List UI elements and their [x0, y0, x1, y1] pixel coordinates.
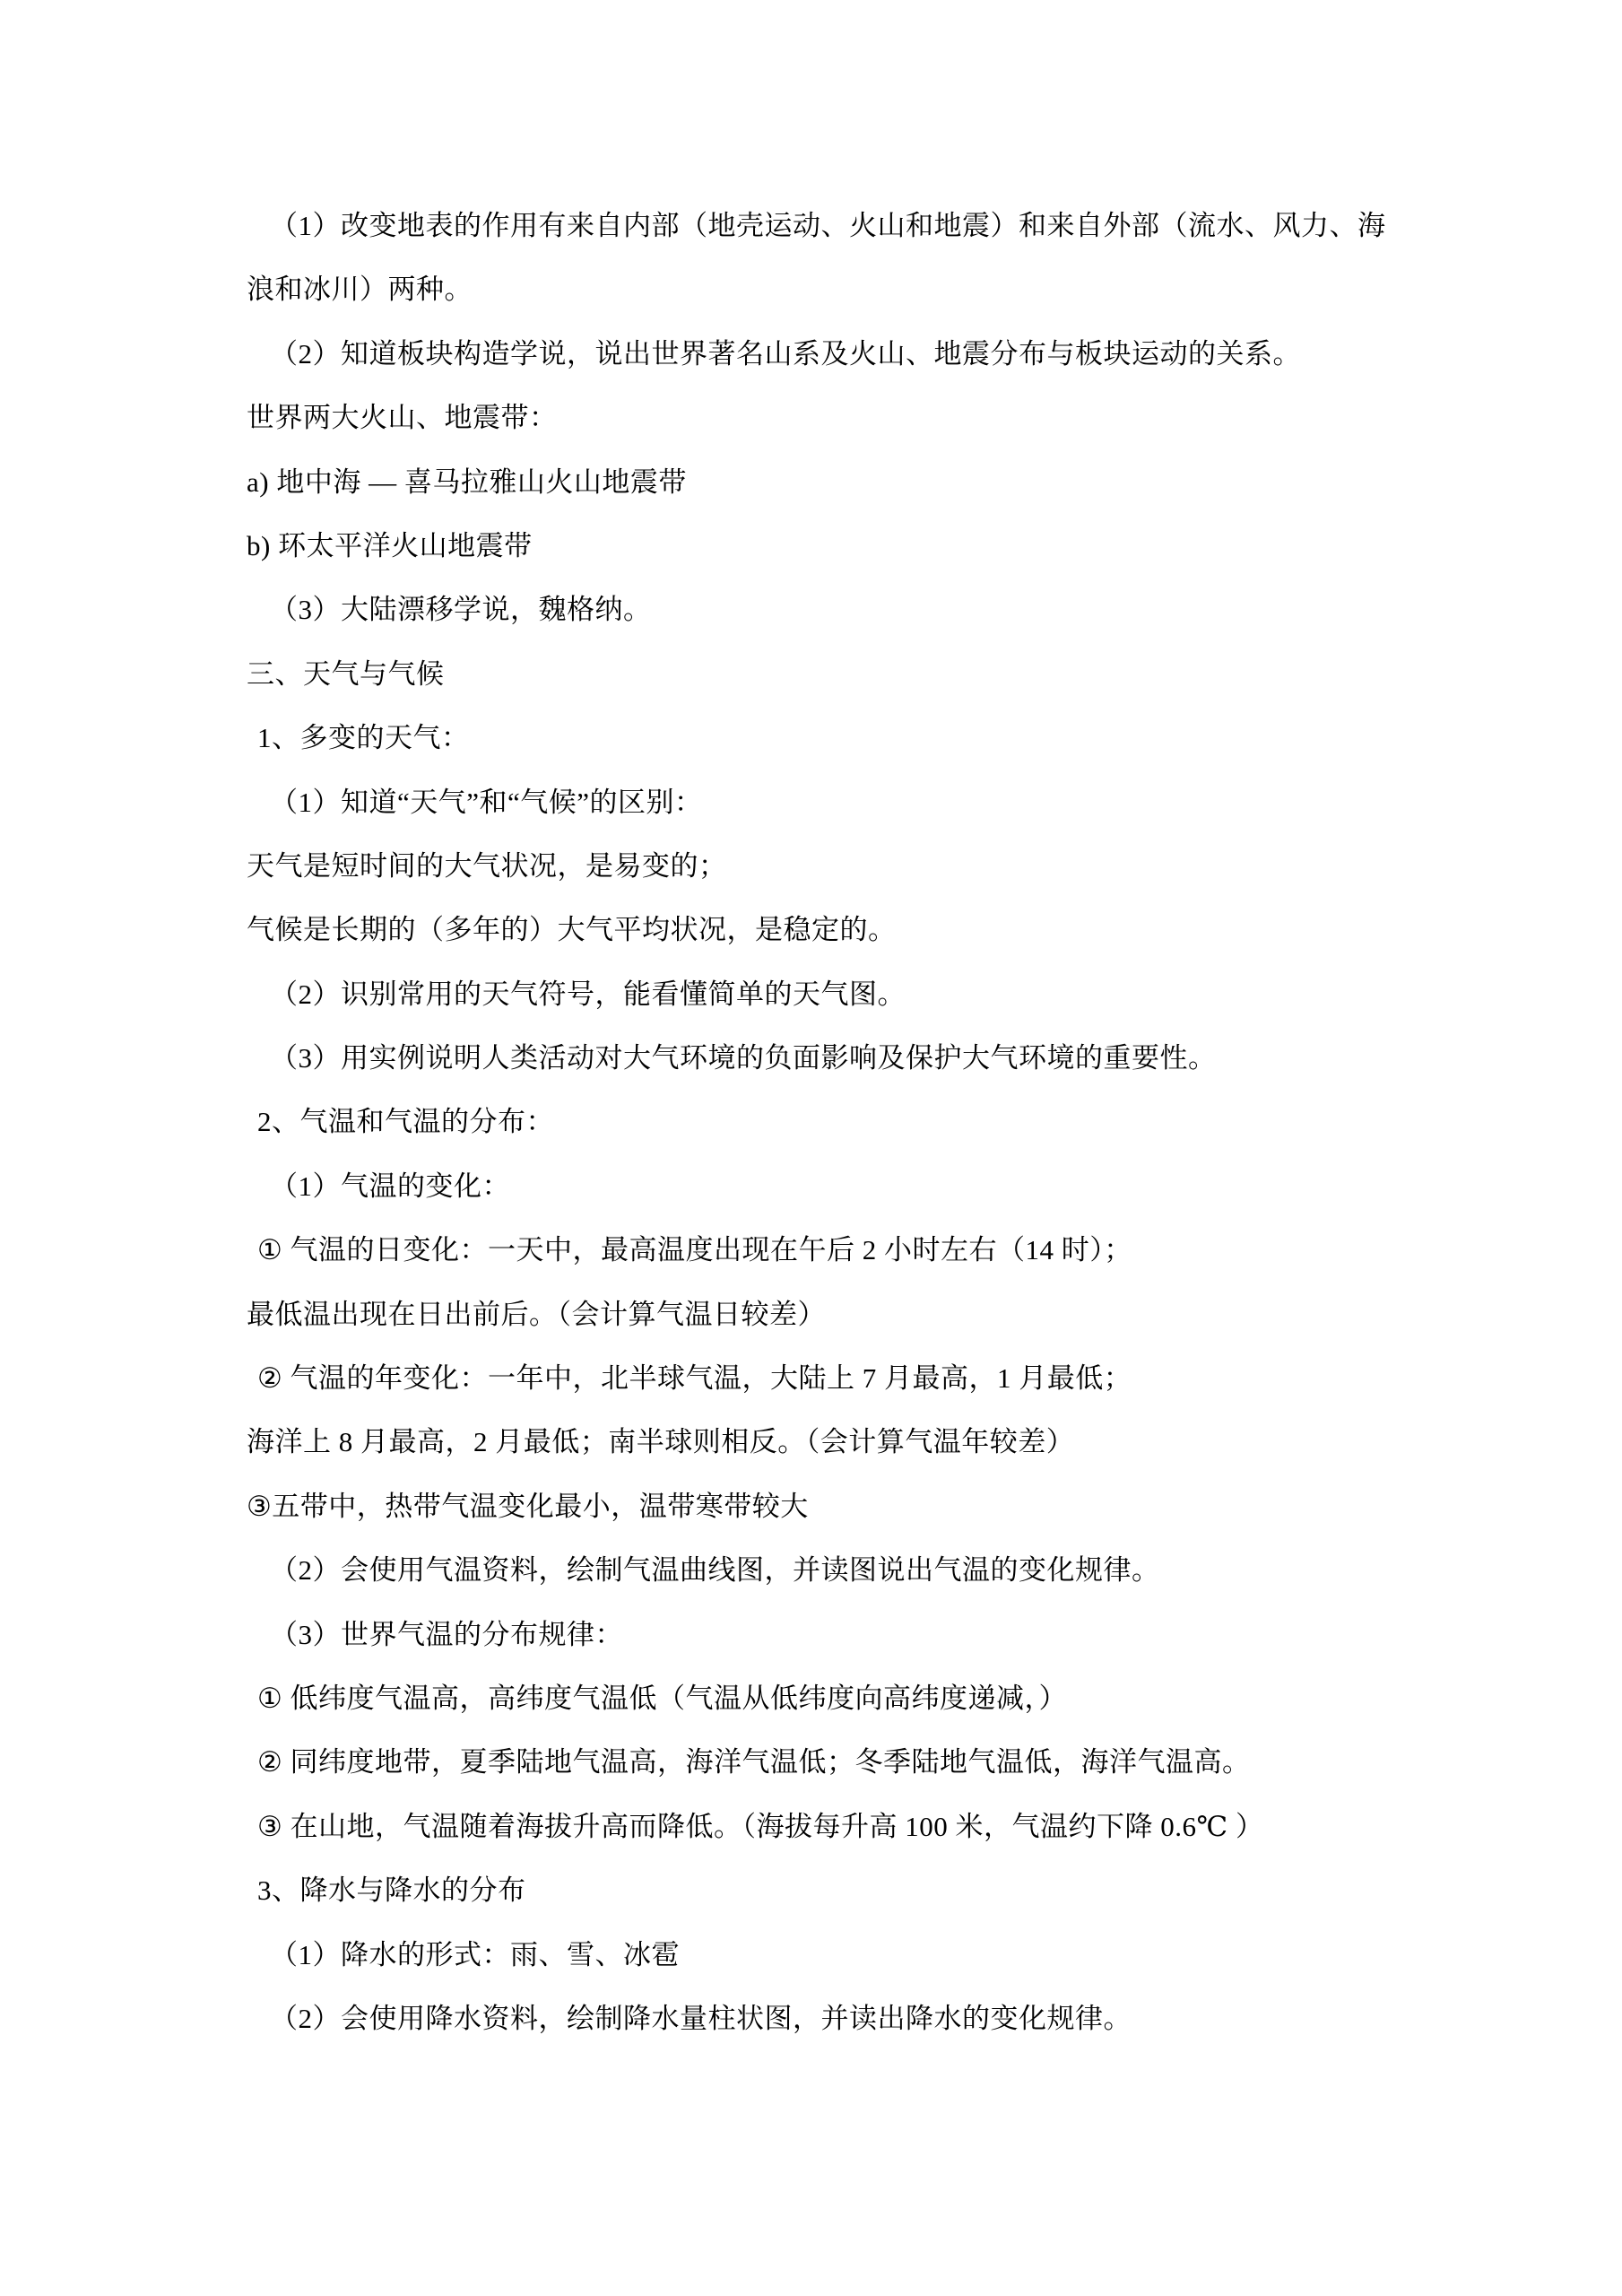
text-line: （1）知道“天气”和“气候”的区别： [270, 770, 1402, 834]
text-line: 三、天气与气候 [247, 642, 1402, 706]
text-line: 世界两大火山、地震带： [247, 386, 1402, 449]
text-line: ③五带中，热带气温变化最小，温带寒带较大 [247, 1474, 1402, 1538]
text-line: （3）世界气温的分布规律： [270, 1603, 1402, 1666]
text-line: （1）降水的形式：雨、雪、冰雹 [270, 1923, 1402, 1987]
text-line: 1、多变的天气： [257, 706, 1402, 770]
text-line: a) 地中海 — 喜马拉雅山火山地震带 [247, 450, 1402, 514]
text-line: 2、气温和气温的分布： [257, 1090, 1402, 1153]
text-line: ② 同纬度地带，夏季陆地气温高，海洋气温低；冬季陆地气温低，海洋气温高。 [257, 1730, 1402, 1794]
text-line: ② 气温的年变化：一年中，北半球气温，大陆上 7 月最高，1 月最低； [257, 1346, 1402, 1410]
text-line: （2）会使用气温资料，绘制气温曲线图，并读图说出气温的变化规律。 [270, 1538, 1402, 1602]
text-line: 天气是短时间的大气状况，是易变的； [247, 834, 1402, 898]
text-line: （3）大陆漂移学说，魏格纳。 [270, 578, 1402, 641]
text-line: 浪和冰川）两种。 [247, 257, 1402, 321]
text-line: ③ 在山地，气温随着海拔升高而降低。（海拔每升高 100 米，气温约下降 0.6… [257, 1795, 1402, 1858]
text-line: （2）知道板块构造学说，说出世界著名山系及火山、地震分布与板块运动的关系。 [270, 322, 1402, 386]
text-line: 海洋上 8 月最高，2 月最低；南半球则相反。（会计算气温年较差） [247, 1410, 1402, 1474]
text-line: （1）气温的变化： [270, 1154, 1402, 1218]
text-line: 气候是长期的（多年的）大气平均状况，是稳定的。 [247, 898, 1402, 961]
document-page: （1）改变地表的作用有来自内部（地壳运动、火山和地震）和来自外部（流水、风力、海… [0, 0, 1622, 2296]
text-line: （2）会使用降水资料，绘制降水量柱状图，并读出降水的变化规律。 [270, 1987, 1402, 2050]
text-line: ① 气温的日变化：一天中，最高温度出现在午后 2 小时左右（14 时）； [257, 1218, 1402, 1282]
text-line: （1）改变地表的作用有来自内部（地壳运动、火山和地震）和来自外部（流水、风力、海 [270, 194, 1402, 257]
text-line: 最低温出现在日出前后。（会计算气温日较差） [247, 1283, 1402, 1346]
text-line: 3、降水与降水的分布 [257, 1858, 1402, 1922]
text-line: ① 低纬度气温高，高纬度气温低（气温从低纬度向高纬度递减，） [257, 1666, 1402, 1730]
text-line: （3）用实例说明人类活动对大气环境的负面影响及保护大气环境的重要性。 [270, 1026, 1402, 1090]
text-line: b) 环太平洋火山地震带 [247, 514, 1402, 578]
text-line: （2）识别常用的天气符号，能看懂简单的天气图。 [270, 962, 1402, 1026]
document-text-block: （1）改变地表的作用有来自内部（地壳运动、火山和地震）和来自外部（流水、风力、海… [247, 194, 1402, 2050]
